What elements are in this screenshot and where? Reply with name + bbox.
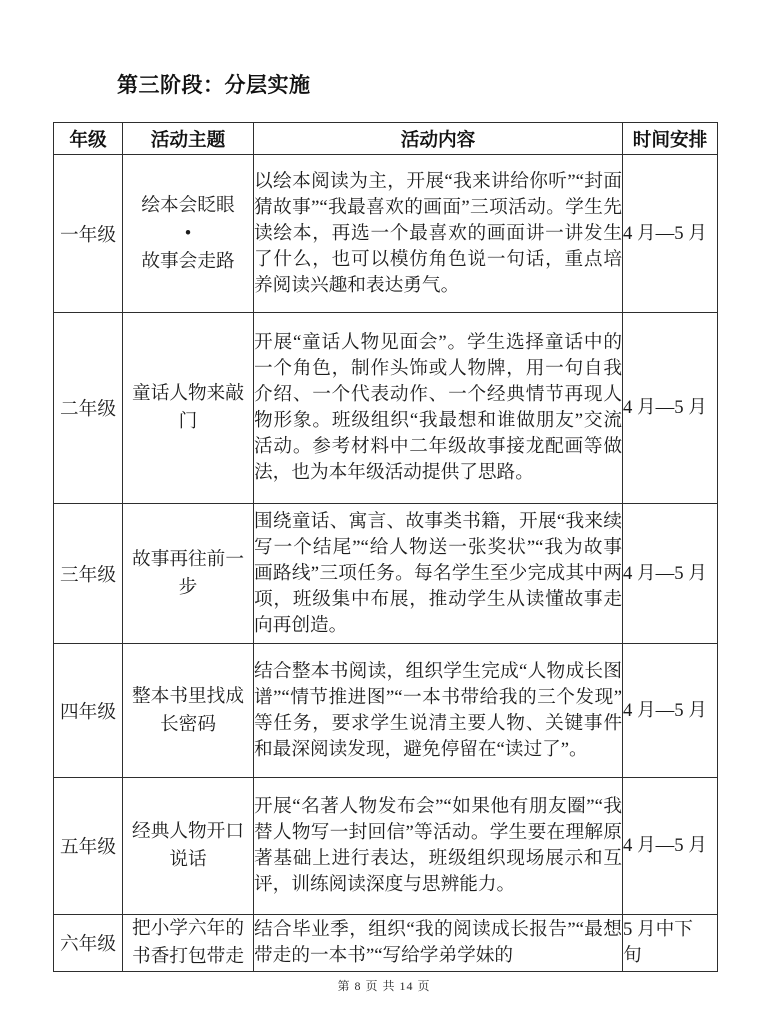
content-cell: 以绘本阅读为主，开展“我来讲给你听”“封面猜故事”“我最喜欢的画面”三项活动。学… <box>254 155 623 313</box>
content-cell: 开展“名著人物发布会”“如果他有朋友圈”“我替人物写一封回信”等活动。学生要在理… <box>254 778 623 915</box>
time-cell: 4 月—5 月 <box>623 644 718 778</box>
table-row-grade1: 一年级 绘本会眨眼 • 故事会走路 以绘本阅读为主，开展“我来讲给你听”“封面猜… <box>54 155 718 313</box>
col-header-theme: 活动主题 <box>123 123 254 155</box>
table-header-row: 年级 活动主题 活动内容 时间安排 <box>54 123 718 155</box>
table-row-grade4: 四年级 整本书里找成 长密码 结合整本书阅读，组织学生完成“人物成长图谱”“情节… <box>54 644 718 778</box>
grade-cell: 六年级 <box>54 915 123 972</box>
activity-table: 年级 活动主题 活动内容 时间安排 一年级 绘本会眨眼 • 故事会走路 以绘本阅… <box>53 122 718 972</box>
grade-cell: 五年级 <box>54 778 123 915</box>
page-title: 第三阶段：分层实施 <box>117 69 311 99</box>
theme-cell: 经典人物开口 说话 <box>123 778 254 915</box>
time-cell: 4 月—5 月 <box>623 155 718 313</box>
theme-cell: 童话人物来敲 门 <box>123 313 254 504</box>
col-header-time: 时间安排 <box>623 123 718 155</box>
theme-cell: 把小学六年的 书香打包带走 <box>123 915 254 972</box>
time-cell: 5 月中下 旬 <box>623 915 718 972</box>
document-page: 第三阶段：分层实施 年级 活动主题 活动内容 时间安排 一年级 绘本会眨眼 • … <box>0 0 768 1024</box>
table-row-grade3: 三年级 故事再往前一 步 围绕童话、寓言、故事类书籍，开展“我来续写一个结尾”“… <box>54 504 718 644</box>
theme-cell: 整本书里找成 长密码 <box>123 644 254 778</box>
table-row-grade6: 六年级 把小学六年的 书香打包带走 结合毕业季，组织“我的阅读成长报告”“最想带… <box>54 915 718 972</box>
content-cell: 开展“童话人物见面会”。学生选择童话中的一个角色，制作头饰或人物牌，用一句自我介… <box>254 313 623 504</box>
col-header-grade: 年级 <box>54 123 123 155</box>
content-cell: 结合整本书阅读，组织学生完成“人物成长图谱”“情节推进图”“一本书带给我的三个发… <box>254 644 623 778</box>
theme-cell: 绘本会眨眼 • 故事会走路 <box>123 155 254 313</box>
content-cell: 围绕童话、寓言、故事类书籍，开展“我来续写一个结尾”“给人物送一张奖状”“我为故… <box>254 504 623 644</box>
time-cell: 4 月—5 月 <box>623 313 718 504</box>
content-cell: 结合毕业季，组织“我的阅读成长报告”“最想带走的一本书”“写给学弟学妹的 <box>254 915 623 972</box>
grade-cell: 一年级 <box>54 155 123 313</box>
table-row-grade2: 二年级 童话人物来敲 门 开展“童话人物见面会”。学生选择童话中的一个角色，制作… <box>54 313 718 504</box>
col-header-content: 活动内容 <box>254 123 623 155</box>
grade-cell: 四年级 <box>54 644 123 778</box>
page-number: 第 8 页 共 14 页 <box>0 977 768 994</box>
time-cell: 4 月—5 月 <box>623 504 718 644</box>
grade-cell: 二年级 <box>54 313 123 504</box>
table-row-grade5: 五年级 经典人物开口 说话 开展“名著人物发布会”“如果他有朋友圈”“我替人物写… <box>54 778 718 915</box>
time-cell: 4 月—5 月 <box>623 778 718 915</box>
theme-cell: 故事再往前一 步 <box>123 504 254 644</box>
grade-cell: 三年级 <box>54 504 123 644</box>
